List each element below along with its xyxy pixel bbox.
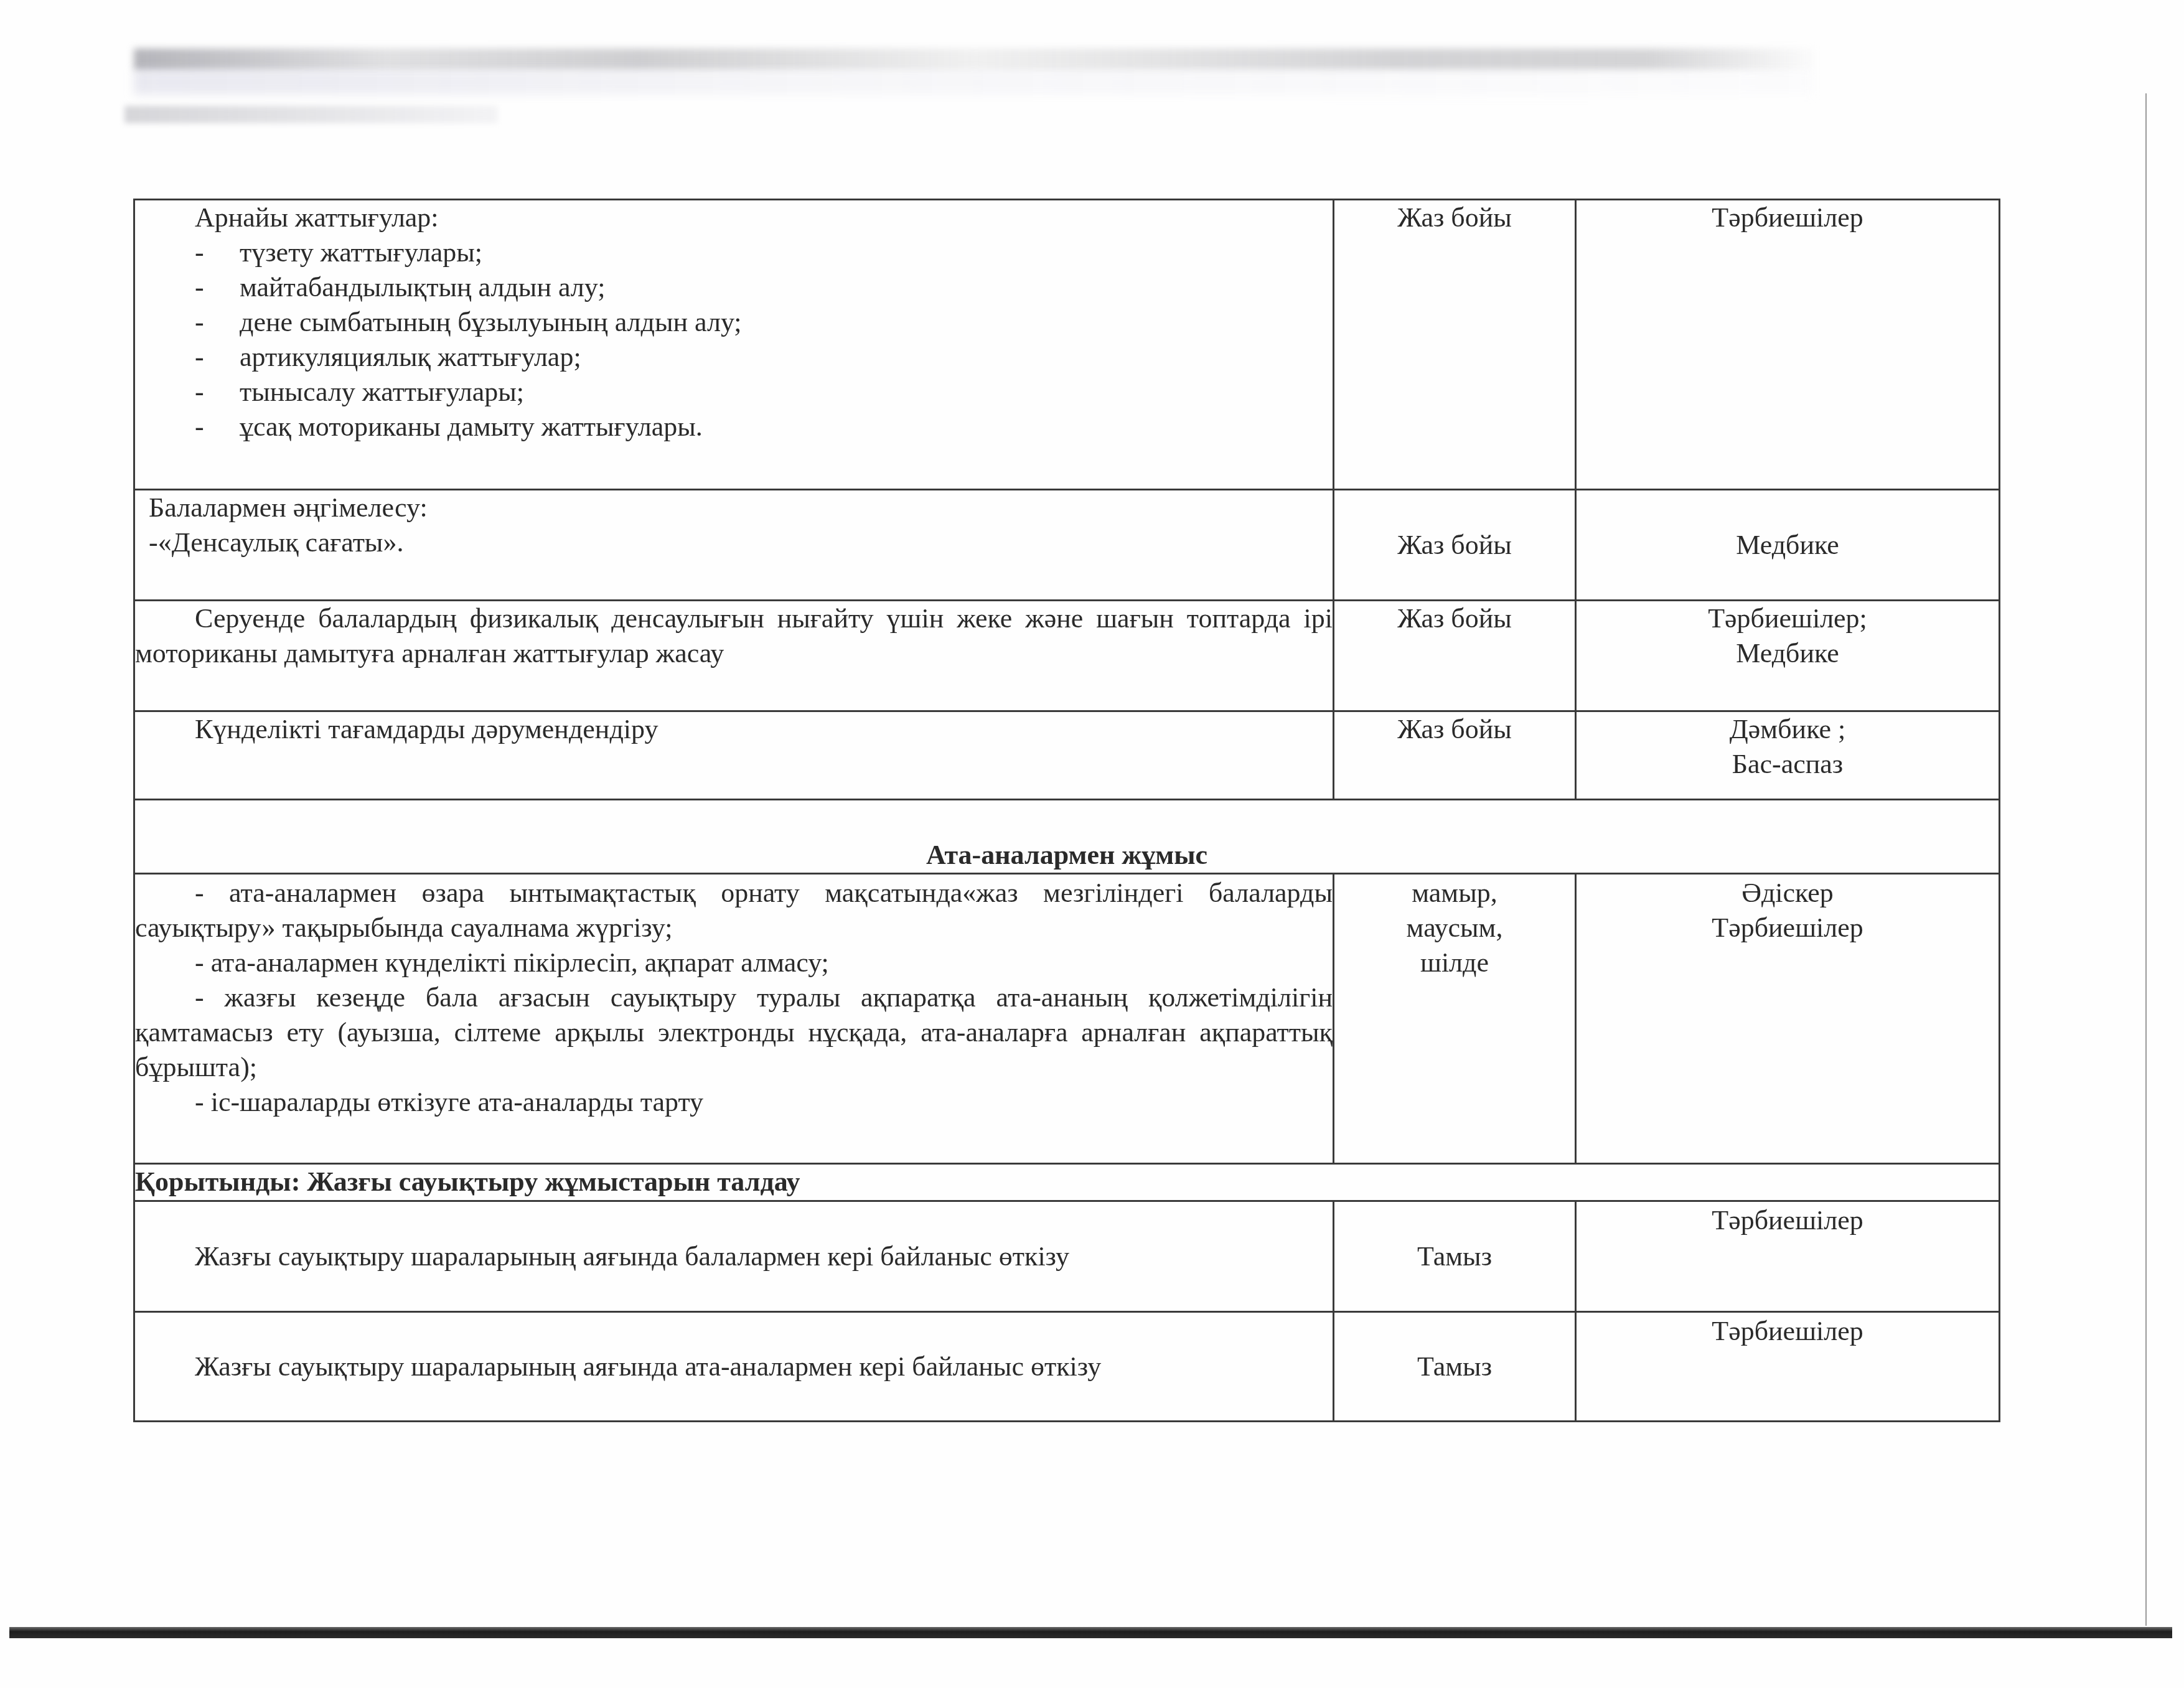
- activity-text: Жазғы сауықтыру шараларының аяғында бала…: [135, 1239, 1333, 1274]
- list-item: -майтабандылықтың алдын алу;: [135, 270, 1333, 305]
- table-row: Жазғы сауықтыру шараларының аяғында бала…: [134, 1201, 2000, 1312]
- period-text: Жаз бойы: [1397, 603, 1512, 634]
- table-row: Балалармен әңгімелесу: -«Денсаулық сағат…: [134, 490, 2000, 601]
- parents-item: - ата-аналармен өзара ынтымақтастық орна…: [135, 876, 1333, 945]
- scan-smudge-left: [124, 106, 498, 123]
- activity-cell: Балалармен әңгімелесу: -«Денсаулық сағат…: [134, 490, 1334, 601]
- responsible-cell: Тәрбиешілер: [1576, 1312, 2000, 1422]
- activity-text: Серуенде балалардың физикалық денсаулығы…: [135, 601, 1333, 671]
- section-header-row: Қорытынды: Жазғы сауықтыру жұмыстарын та…: [134, 1164, 2000, 1201]
- activity-text: Күнделікті тағамдарды дәрумендендіру: [135, 712, 1333, 747]
- table-row: Серуенде балалардың физикалық денсаулығы…: [134, 601, 2000, 711]
- activity-text: Жазғы сауықтыру шараларының аяғында ата-…: [135, 1349, 1333, 1384]
- parents-section-header: Ата-аналармен жұмыс: [134, 800, 2000, 874]
- period-cell: Тамыз: [1334, 1312, 1576, 1422]
- scan-smudge-top: [134, 49, 1814, 70]
- period-cell: Жаз бойы: [1334, 711, 1576, 800]
- responsible-cell: Дәмбике ; Бас-аспаз: [1576, 711, 2000, 800]
- list-item: -артикуляциялық жаттығулар;: [135, 340, 1333, 375]
- period-text: мамыр,: [1334, 876, 1575, 911]
- activity-cell: Күнделікті тағамдарды дәрумендендіру: [134, 711, 1334, 800]
- period-cell: мамыр, маусым, шілде: [1334, 874, 1576, 1164]
- activity-line: Балалармен әңгімелесу:: [149, 490, 1333, 525]
- period-cell: Жаз бойы: [1334, 601, 1576, 711]
- responsible-text: Бас-аспаз: [1577, 747, 1999, 782]
- period-cell: Жаз бойы: [1334, 200, 1576, 490]
- list-item: -тынысалу жаттығулары;: [135, 375, 1333, 410]
- list-item: -дене сымбатының бұзылуының алдын алу;: [135, 305, 1333, 340]
- period-cell: Жаз бойы: [1334, 490, 1576, 601]
- period-text: Тамыз: [1417, 1351, 1492, 1382]
- list-item: -түзету жаттығулары;: [135, 235, 1333, 270]
- period-text: Тамыз: [1417, 1241, 1492, 1272]
- table-row: Жазғы сауықтыру шараларының аяғында ата-…: [134, 1312, 2000, 1422]
- period-text: Жаз бойы: [1397, 530, 1512, 560]
- table-row: Арнайы жаттығулар: -түзету жаттығулары; …: [134, 200, 2000, 490]
- period-text: Жаз бойы: [1397, 202, 1512, 233]
- responsible-text: Тәрбиешілер: [1577, 911, 1999, 945]
- responsible-cell: Әдіскер Тәрбиешілер: [1576, 874, 2000, 1164]
- period-text: шілде: [1334, 945, 1575, 980]
- section-header-row: Ата-аналармен жұмыс: [134, 800, 2000, 874]
- table-row: Күнделікті тағамдарды дәрумендендіру Жаз…: [134, 711, 2000, 800]
- responsible-text: Тәрбиешілер: [1712, 1316, 1863, 1346]
- activity-cell: - ата-аналармен өзара ынтымақтастық орна…: [134, 874, 1334, 1164]
- responsible-cell: Медбике: [1576, 490, 2000, 601]
- parents-item: - ата-аналармен күнделікті пікірлесіп, а…: [135, 945, 1333, 980]
- scanner-bottom-band: [9, 1627, 2172, 1638]
- parents-item: - жазғы кезеңде бала ағзасын сауықтыру т…: [135, 980, 1333, 1085]
- plan-table: Арнайы жаттығулар: -түзету жаттығулары; …: [133, 199, 2000, 1422]
- activity-cell: Серуенде балалардың физикалық денсаулығы…: [134, 601, 1334, 711]
- responsible-text: Тәрбиешілер: [1712, 202, 1863, 233]
- responsible-text: Тәрбиешілер: [1712, 1205, 1863, 1236]
- period-text: маусым,: [1334, 911, 1575, 945]
- table-row: - ата-аналармен өзара ынтымақтастық орна…: [134, 874, 2000, 1164]
- activity-title: Арнайы жаттығулар:: [135, 200, 1333, 235]
- period-cell: Тамыз: [1334, 1201, 1576, 1312]
- responsible-text: Әдіскер: [1577, 876, 1999, 911]
- responsible-cell: Тәрбиешілер; Медбике: [1576, 601, 2000, 711]
- responsible-text: Тәрбиешілер;: [1577, 601, 1999, 636]
- section-title: Ата-аналармен жұмыс: [926, 840, 1207, 870]
- responsible-text: Дәмбике ;: [1577, 712, 1999, 747]
- activity-cell: Жазғы сауықтыру шараларының аяғында бала…: [134, 1201, 1334, 1312]
- activity-cell: Арнайы жаттығулар: -түзету жаттығулары; …: [134, 200, 1334, 490]
- conclusion-section-header: Қорытынды: Жазғы сауықтыру жұмыстарын та…: [134, 1164, 2000, 1201]
- section-title: Қорытынды: Жазғы сауықтыру жұмыстарын та…: [135, 1166, 800, 1197]
- responsible-text: Медбике: [1736, 530, 1839, 560]
- activity-list: -түзету жаттығулары; -майтабандылықтың а…: [135, 235, 1333, 444]
- scan-smudge-shadow: [134, 70, 1814, 95]
- period-text: Жаз бойы: [1397, 714, 1512, 744]
- activity-line: -«Денсаулық сағаты».: [149, 525, 1333, 560]
- list-item: -ұсақ моториканы дамыту жаттығулары.: [135, 410, 1333, 444]
- responsible-text: Медбике: [1577, 636, 1999, 671]
- responsible-cell: Тәрбиешілер: [1576, 200, 2000, 490]
- page-edge-line: [2145, 93, 2147, 1626]
- activity-cell: Жазғы сауықтыру шараларының аяғында ата-…: [134, 1312, 1334, 1422]
- responsible-cell: Тәрбиешілер: [1576, 1201, 2000, 1312]
- parents-item: - іс-шараларды өткізуге ата-аналарды тар…: [135, 1085, 1333, 1120]
